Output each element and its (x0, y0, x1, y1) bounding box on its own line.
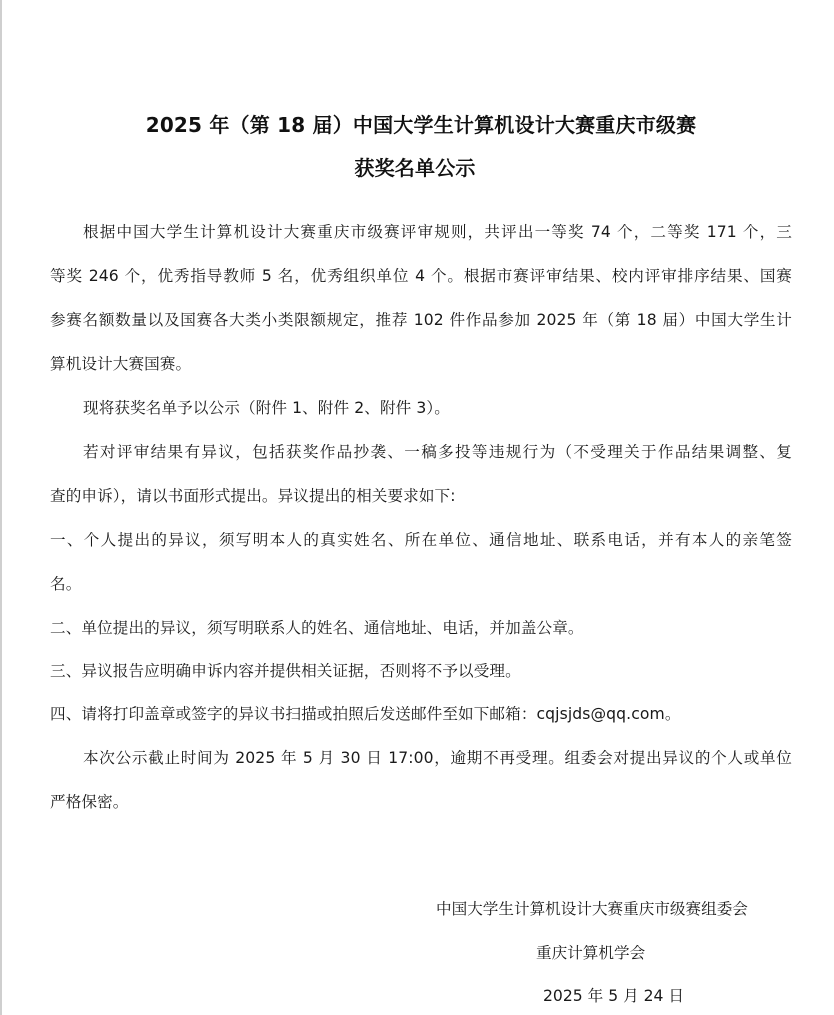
paragraph-intro-line-3: 参赛名额数量以及国赛各大类小类限额规定，推荐 102 件作品参加 2025 年（… (50, 310, 792, 330)
paragraph-deadline-line-2: 严格保密。 (50, 792, 792, 812)
rule-2: 二、单位提出的异议，须写明联系人的姓名、通信地址、电话，并加盖公章。 (50, 618, 792, 638)
rule-4-email: 四、请将打印盖章或签字的异议书扫描或拍照后发送邮件至如下邮箱：cqjsjds@q… (50, 704, 792, 724)
paragraph-intro-line-4: 算机设计大赛国赛。 (50, 354, 792, 374)
page-left-border (0, 0, 2, 1015)
paragraph-announce: 现将获奖名单予以公示（附件 1、附件 2、附件 3）。 (83, 398, 825, 418)
signature-organizer: 中国大学生计算机设计大赛重庆市级赛组委会 (436, 899, 748, 919)
document-title: 2025 年（第 18 届）中国大学生计算机设计大赛重庆市级赛 (50, 109, 792, 138)
document-subtitle: 获奖名单公示 (44, 152, 786, 181)
rule-1-line-2: 名。 (50, 574, 792, 594)
paragraph-intro-line-2: 等奖 246 个，优秀指导教师 5 名，优秀组织单位 4 个。根据市赛评审结果、… (50, 266, 792, 286)
paragraph-deadline-line-1: 本次公示截止时间为 2025 年 5 月 30 日 17:00，逾期不再受理。组… (83, 748, 792, 768)
rule-3: 三、异议报告应明确申诉内容并提供相关证据，否则将不予以受理。 (50, 661, 792, 681)
rule-1-line-1: 一、个人提出的异议，须写明本人的真实姓名、所在单位、通信地址、联系电话，并有本人… (50, 530, 792, 550)
paragraph-intro-line-1: 根据中国大学生计算机设计大赛重庆市级赛评审规则，共评出一等奖 74 个，二等奖 … (83, 222, 792, 242)
signature-society: 重庆计算机学会 (536, 943, 645, 963)
signature-date: 2025 年 5 月 24 日 (543, 986, 684, 1006)
paragraph-objection-line-2: 查的申诉），请以书面形式提出。异议提出的相关要求如下: (50, 486, 792, 506)
paragraph-objection-line-1: 若对评审结果有异议，包括获奖作品抄袭、一稿多投等违规行为（不受理关于作品结果调整… (83, 442, 792, 462)
